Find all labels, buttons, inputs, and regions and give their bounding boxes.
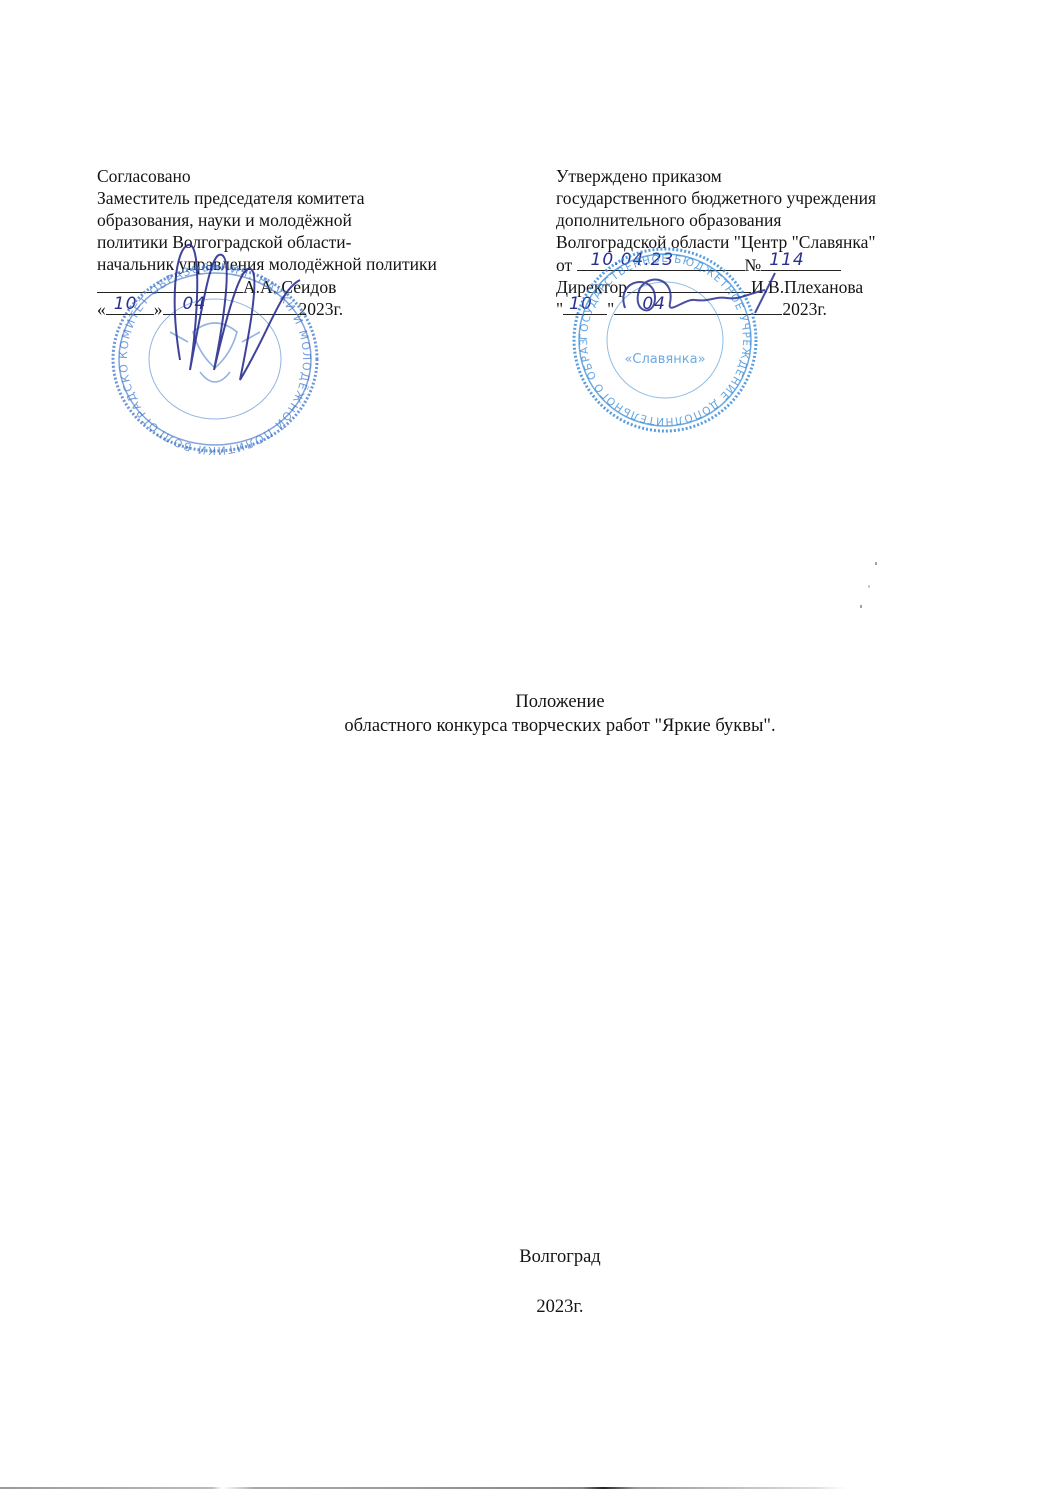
- approval-right-line: государственного бюджетного учреждения: [556, 187, 956, 209]
- approval-left-heading: Согласовано: [97, 165, 537, 187]
- svg-text:«Славянка»: «Славянка»: [624, 352, 705, 367]
- date-year: 2023г.: [782, 299, 827, 319]
- scan-artifact: [875, 562, 877, 565]
- document-city: Волгоград: [0, 1245, 1058, 1269]
- scan-artifact: [860, 605, 862, 608]
- date-open-quote: ": [556, 299, 563, 319]
- scan-edge-line: [0, 1487, 1058, 1489]
- approval-right-heading: Утверждено приказом: [556, 165, 956, 187]
- order-prefix: от: [556, 255, 572, 275]
- document-year: 2023г.: [0, 1295, 1058, 1319]
- approval-right-line: дополнительного образования: [556, 209, 956, 231]
- signature-right-icon: [615, 268, 785, 328]
- approval-left-line: Заместитель председателя комитета: [97, 187, 537, 209]
- date-day-field: 10: [563, 297, 607, 315]
- approval-left-line: образования, науки и молодёжной: [97, 209, 537, 231]
- date-open-quote: «: [97, 299, 106, 319]
- handwritten-day: 10: [569, 293, 593, 315]
- signature-left-icon: [150, 230, 310, 390]
- handwritten-day: 10: [114, 293, 138, 315]
- document-subtitle: областного конкурса творческих работ "Яр…: [0, 714, 1058, 738]
- document-title-block: Положение областного конкурса творческих…: [0, 690, 1058, 738]
- date-day-field: 10: [106, 297, 154, 315]
- document-title: Положение: [0, 690, 1058, 714]
- scan-artifact: [868, 585, 870, 588]
- date-close-quote: ": [607, 299, 614, 319]
